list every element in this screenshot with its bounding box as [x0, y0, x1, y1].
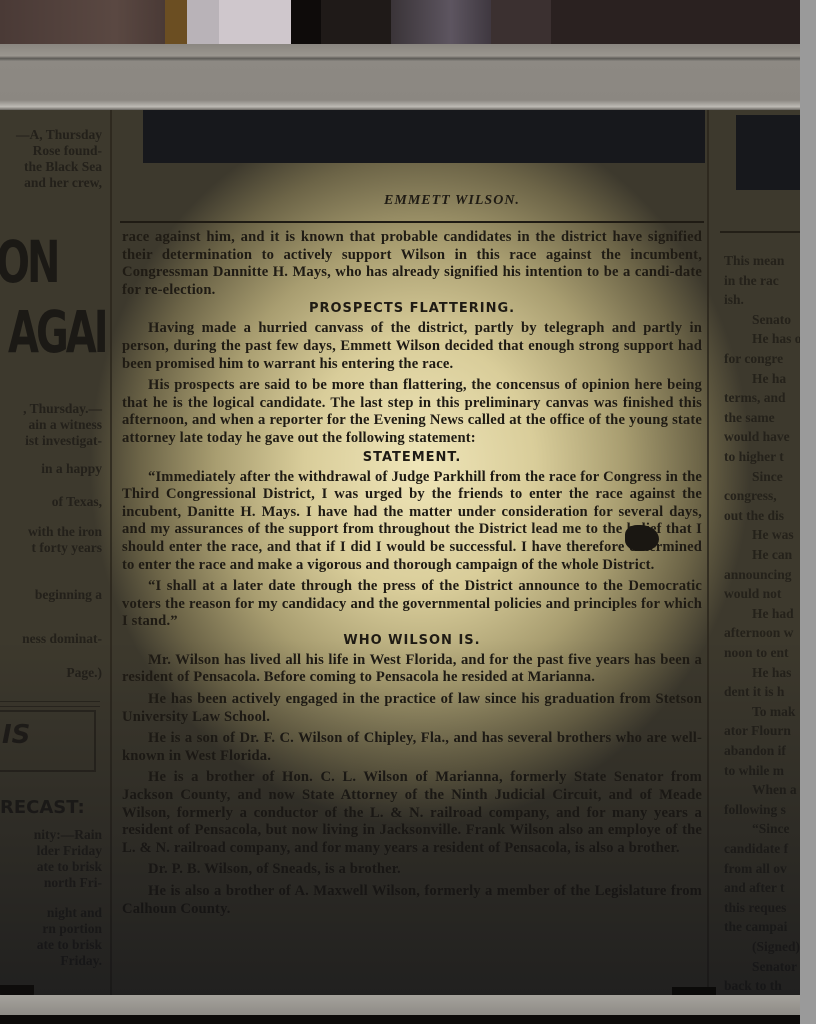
left-text-line: and her crew,: [24, 175, 102, 191]
left-text-line: Rose found-: [33, 143, 102, 159]
right-column-fragment: This meanin the racish.SenatoHe has offo…: [712, 105, 800, 995]
right-text-line: back to th: [724, 978, 782, 994]
right-text-line: ish.: [724, 292, 744, 308]
article-paragraph: He is a brother of Hon. C. L. Wilson of …: [122, 769, 702, 857]
left-text-line: with the iron: [28, 524, 102, 540]
left-text-line: beginning a: [35, 587, 102, 603]
left-column-fragment: —A, Thursday Rose found- the Black Sea a…: [0, 105, 108, 995]
right-text-line: He has of: [752, 331, 800, 347]
right-text-line: He can: [752, 547, 792, 563]
right-text-line: Senato: [752, 312, 791, 328]
section-heading-who-wilson-is: WHO WILSON IS.: [122, 633, 702, 648]
left-text-line: Page.): [66, 665, 102, 681]
right-text-line: noon to ent: [724, 645, 789, 661]
reader-base-shadow: [0, 1015, 800, 1024]
left-headline-line: ON: [0, 230, 57, 297]
right-text-line: this reques: [724, 900, 786, 916]
right-text-line: This mean: [724, 253, 784, 269]
screen-edge-strip: [800, 0, 816, 1024]
left-text-line: of Texas,: [52, 494, 102, 510]
forecast-line: nity:—Rain: [34, 827, 102, 843]
left-text-line: , Thursday.—: [23, 401, 102, 417]
article-paragraph: Mr. Wilson has lived all his life in Wes…: [122, 652, 702, 687]
newspaper-page: —A, Thursday Rose found- the Black Sea a…: [0, 105, 800, 995]
right-text-line: the campai: [724, 919, 787, 935]
double-rule: [0, 701, 100, 707]
right-text-line: would not: [724, 586, 781, 602]
right-text-line: and after t: [724, 880, 785, 896]
left-text-line: ist investigat-: [25, 433, 102, 449]
right-text-line: candidate f: [724, 841, 788, 857]
section-heading-statement: STATEMENT.: [122, 450, 702, 465]
right-text-line: He had: [752, 606, 794, 622]
forecast-line: north Fri-: [44, 875, 102, 891]
left-text-line: in a happy: [41, 461, 102, 477]
article-paragraph: He is a son of Dr. F. C. Wilson of Chipl…: [122, 730, 702, 765]
article-paragraph: Having made a hurried canvass of the dis…: [122, 320, 702, 373]
ink-blot: [625, 525, 659, 551]
right-text-line: To mak: [752, 704, 795, 720]
right-text-line: afternoon w: [724, 625, 793, 641]
reader-frame-bottom-bar: [0, 995, 800, 1015]
article-paragraph: His prospects are said to be more than f…: [122, 377, 702, 447]
right-text-line: (Signed): [752, 939, 800, 955]
forecast-line: ate to brisk: [37, 937, 102, 953]
article-emmett-wilson: EMMETT WILSON. race against him, and it …: [122, 193, 702, 918]
left-text-line: ain a witness: [28, 417, 102, 433]
right-text-line: “Since: [752, 821, 790, 837]
right-text-line: Senator: [752, 959, 797, 975]
right-text-line: the same: [724, 410, 775, 426]
column-header-rule: [720, 231, 800, 233]
left-text-line: ness dominat-: [22, 631, 102, 647]
right-text-line: following s: [724, 802, 786, 818]
right-text-line: would have: [724, 429, 790, 445]
forecast-line: rn portion: [42, 921, 102, 937]
right-text-line: terms, and: [724, 390, 786, 406]
right-text-line: out the dis: [724, 508, 784, 524]
right-text-line: announcing: [724, 567, 792, 583]
forecast-heading: RECAST:: [0, 797, 85, 818]
right-text-line: He ha: [752, 371, 786, 387]
forecast-line: night and: [47, 905, 102, 921]
article-byline: EMMETT WILSON.: [202, 193, 702, 209]
column-rule: [110, 105, 112, 995]
forecast-line: ate to brisk: [37, 859, 102, 875]
left-text-line: t forty years: [32, 540, 102, 556]
right-text-line: When a: [752, 782, 797, 798]
article-paragraph: “Immediately after the withdrawal of Jud…: [122, 469, 702, 575]
forecast-line: lder Friday: [37, 843, 102, 859]
article-intro-paragraph: race against him, and it is known that p…: [122, 229, 702, 299]
right-text-line: to higher t: [724, 449, 784, 465]
right-text-line: dent it is h: [724, 684, 784, 700]
article-paragraph: He is also a brother of A. Maxwell Wilso…: [122, 883, 702, 918]
right-text-line: Since: [752, 469, 783, 485]
article-paragraph: Dr. P. B. Wilson, of Sneads, is a brothe…: [122, 861, 702, 879]
boxed-heading: IS: [2, 720, 30, 750]
forecast-line: Friday.: [60, 953, 102, 969]
boxed-heading-frame: IS: [0, 710, 96, 772]
byline-rule: [120, 221, 704, 223]
column-rule: [707, 105, 709, 995]
right-text-line: for congre: [724, 351, 783, 367]
article-paragraph: “I shall at a later date through the pre…: [122, 578, 702, 631]
right-text-line: ator Flourn: [724, 723, 791, 739]
left-text-line: —A, Thursday: [16, 127, 102, 143]
right-text-line: He has: [752, 665, 791, 681]
left-text-line: the Black Sea: [24, 159, 102, 175]
right-text-line: in the rac: [724, 273, 779, 289]
article-paragraph: He has been actively engaged in the prac…: [122, 691, 702, 726]
microfilm-reader-photo: —A, Thursday Rose found- the Black Sea a…: [0, 0, 800, 1024]
left-headline-line: AGAIN: [8, 300, 108, 367]
redacted-image-block: [143, 105, 705, 163]
right-text-line: to while m: [724, 763, 784, 779]
reader-frame-top-bar: [0, 44, 800, 110]
section-heading-prospects: PROSPECTS FLATTERING.: [122, 301, 702, 316]
right-text-line: abandon if: [724, 743, 786, 759]
right-text-line: from all ov: [724, 861, 787, 877]
right-text-line: congress,: [724, 488, 777, 504]
right-text-line: He was: [752, 527, 794, 543]
